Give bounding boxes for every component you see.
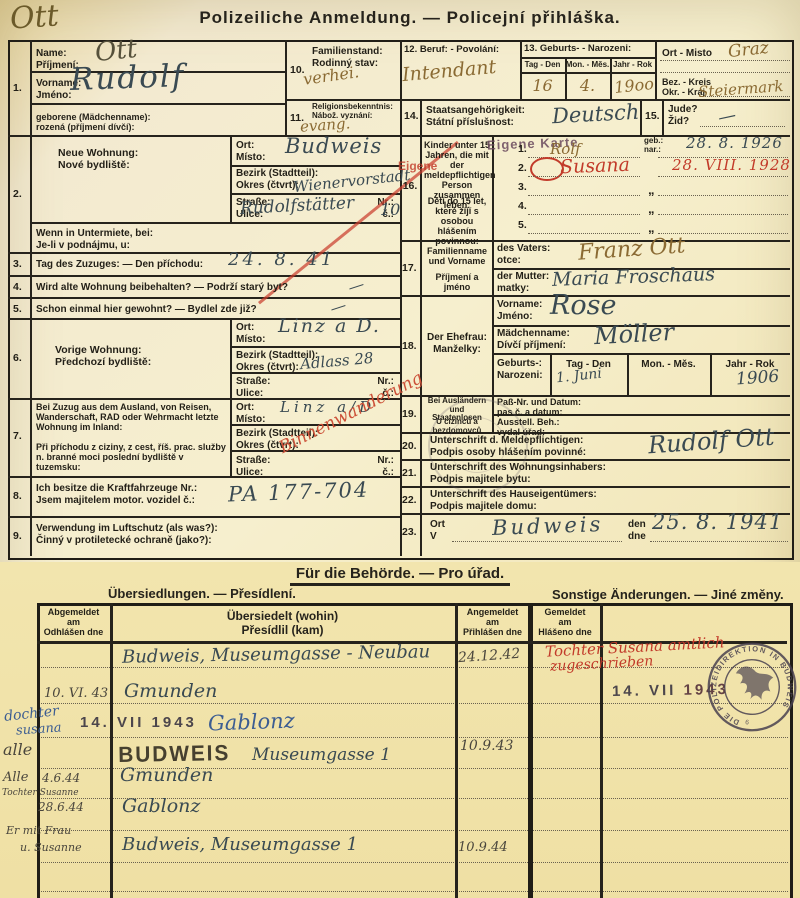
move-row-date-deregistered: 4.6.44 xyxy=(42,771,80,785)
sec22-number: 22. xyxy=(402,494,417,506)
sec17-vater-label: des Vaters:otce: xyxy=(497,243,550,266)
ditto-mark: „ xyxy=(648,222,655,234)
move-row-destination: Gmunden xyxy=(124,680,217,702)
ditto-mark: „ xyxy=(648,184,655,196)
sec8-value: PA 177-704 xyxy=(228,478,370,507)
sec18-maedchenname-label: Mädchenname:Dívčí příjmení: xyxy=(497,328,570,351)
sec23-ort-value: Budweis xyxy=(492,512,604,540)
sec13-mid-line xyxy=(660,58,790,73)
sec2-label: Neue Wohnung:Nové bydliště: xyxy=(58,148,138,171)
move-row-destination: Gablonz xyxy=(122,795,200,817)
margin-note-alle: alle xyxy=(3,740,32,759)
sec15-label: Jude?Žid? xyxy=(668,104,697,127)
sec12-label: 12. Beruf: - Povolání: xyxy=(404,44,499,56)
sec6-ort-value: Linz a D. xyxy=(278,315,381,337)
margin-note-u-susanne: u. Susanne xyxy=(20,841,82,854)
sec22-label: Unterschrift des Hauseigentümers:Podpis … xyxy=(430,489,597,512)
margin-note-er-mit-frau: Er mit Frau xyxy=(6,824,71,837)
sec7-ort-label: Ort:Místo: xyxy=(236,402,265,425)
sec23-date-value: 25. 8. 1941 xyxy=(652,510,783,534)
move-row-date-deregistered: 10. VI. 43 xyxy=(44,686,108,701)
sec14-label: Staatsangehörigkeit:Státní příslušnost: xyxy=(426,105,525,128)
move-row-destination: Gablonz xyxy=(208,708,295,735)
sec16-label-cz: Děti do 15 let, které žijí s osobou hláš… xyxy=(424,196,490,246)
move-row-destination: Budweis, Museumgasse 1 xyxy=(122,834,358,855)
margin-note-alle2: Alle xyxy=(3,770,28,785)
child-row-number: 5. xyxy=(518,219,527,231)
sec19-number: 19. xyxy=(402,408,417,420)
sec7-label-de: Bei Zuzug aus dem Ausland, von Reisen, W… xyxy=(36,402,226,432)
sec7-nr-label: Nr.:č.: xyxy=(368,455,394,478)
sec21-number: 21. xyxy=(402,467,417,479)
sec9-number: 9. xyxy=(13,530,22,542)
dotted xyxy=(528,219,640,234)
child-row-number: 3. xyxy=(518,181,527,193)
sec13-jahr-header: Jahr - Rok xyxy=(610,61,655,70)
sec18-maedchenname-value: Möller xyxy=(593,318,674,350)
behoerde-heading: Für die Behörde. — Pro úřad. xyxy=(250,565,550,586)
margin-note-susana: susana xyxy=(16,720,63,738)
corner-note-surname: Ott xyxy=(9,0,60,37)
sec15-line xyxy=(700,112,785,127)
dotted xyxy=(658,219,788,234)
move-row-date-registered: 10.9.44 xyxy=(458,840,508,855)
sec3-label: Tag des Zuzuges: — Den příchodu: xyxy=(36,259,203,271)
sec4-label: Wird alte Wohnung beibehalten? — Podrží … xyxy=(36,282,288,294)
sec8-label: Ich besitze die Kraftfahrzeuge Nr.:Jsem … xyxy=(36,483,197,506)
sec7-label-cz: Při příchodu z ciziny, z cest, říš. prac… xyxy=(36,442,226,472)
sec2-ort-label: Ort:Místo: xyxy=(236,140,265,163)
sec3-number: 3. xyxy=(13,258,22,270)
sec3-value: 24. 8. 41 xyxy=(228,249,335,270)
child-row-number: 2. xyxy=(518,162,527,174)
dotted xyxy=(658,162,788,177)
sec14-number: 14. xyxy=(404,110,419,122)
col-uebersiedelt-header: Übersiedelt (wohin) Přesídlil (kam) xyxy=(112,609,453,637)
sec18-mon-header: Mon. - Měs. xyxy=(627,359,710,371)
move-row-date-registered: 10.9.43 xyxy=(460,738,513,754)
sec13-label: 13. Geburts- - Narozeni: xyxy=(524,43,631,55)
uebersiedlungen-caption: Übersiedlungen. — Přesídlení. xyxy=(108,586,296,601)
col-gemeldet-header: Gemeldet am Hlášeno dne xyxy=(532,607,598,637)
sec13-tag-header: Tag - Den xyxy=(520,61,565,70)
dotted xyxy=(528,181,640,196)
sec2-number: 2. xyxy=(13,188,22,200)
dotted xyxy=(528,162,640,177)
sec18-number: 18. xyxy=(402,340,417,352)
sec1-number: 1. xyxy=(13,82,22,94)
sec18-jahr-value: 1906 xyxy=(735,367,780,390)
sec13-mon-value: 4. xyxy=(565,76,610,95)
sec4-number: 4. xyxy=(13,281,22,293)
sec17-mutter-label: der Mutter:matky: xyxy=(497,271,549,294)
sec13-mon-header: Mon. - Měs. xyxy=(565,61,610,70)
scanned-registration-card: Ott Polizeiliche Anmeldung. — Policejní … xyxy=(0,0,800,898)
sec11-value: evang. xyxy=(299,114,350,135)
sec15-number: 15. xyxy=(645,110,660,122)
sec23-ort-label: OrtV xyxy=(430,519,445,542)
dotted xyxy=(528,200,640,215)
police-seal: DIE POLIZEIDIREKTION IN BUDWEIS 6 xyxy=(699,634,800,740)
sec20-number: 20. xyxy=(402,440,417,452)
sec2-untermiete-label: Wenn in Untermiete, bei:Je-li v podnájmu… xyxy=(36,228,153,251)
dotted xyxy=(658,181,788,196)
margin-note-tochter-susanne: Tochter Susanne xyxy=(2,788,79,798)
move-row-destination: Museumgasse 1 xyxy=(252,745,391,765)
aenderungen-caption: Sonstige Änderungen. — Jiné změny. xyxy=(552,587,784,602)
col-angemeldet-header: Angemeldet am Přihlášen dne xyxy=(457,607,528,637)
eigene-karte-stamp-red: Eigene Karte xyxy=(398,159,438,173)
sec6-number: 6. xyxy=(13,352,22,364)
sec9-label: Verwendung im Luftschutz (als was?):Činn… xyxy=(36,523,218,546)
sec5-number: 5. xyxy=(13,303,22,315)
sec8-number: 8. xyxy=(13,490,22,502)
child-row-number: 1. xyxy=(518,143,527,155)
sec18-geburts-label: Geburts-:Narozeni: xyxy=(497,358,543,381)
sec13-tag-value: 16 xyxy=(520,76,565,95)
sec6-label: Vorige Wohnung:Předchozí bydliště: xyxy=(55,345,151,368)
sec6-strasse-label: Straße:Ulice: xyxy=(236,376,270,399)
sec23-number: 23. xyxy=(402,526,417,538)
sec5-label: Schon einmal hier gewohnt? — Bydlel zde … xyxy=(36,304,257,316)
dotted xyxy=(658,200,788,215)
col-abgemeldet-header: Abgemeldet am Odhlášen dne xyxy=(39,607,108,637)
sec21-label: Unterschrift des Wohnungsinhabers:Podpis… xyxy=(430,462,606,485)
sec7-number: 7. xyxy=(13,430,22,442)
form-title: Polizeiliche Anmeldung. — Policejní přih… xyxy=(110,8,710,28)
move-row-date-deregistered: 28.6.44 xyxy=(38,800,84,814)
svg-text:6: 6 xyxy=(745,719,750,726)
sec6-ort-label: Ort:Místo: xyxy=(236,322,265,345)
ditto-mark: „ xyxy=(648,203,655,215)
sec2-ort-value: Budweis xyxy=(285,134,382,158)
sec1-geborene-label: geborene (Mädchenname):rozená (příjmení … xyxy=(36,112,151,132)
sec18-vorname-value: Rose xyxy=(550,290,616,321)
sec1-vorname-value: Rudolf xyxy=(69,58,185,98)
sec17-number: 17. xyxy=(402,262,417,274)
sec23-den-label: dendne xyxy=(628,519,646,542)
sec7-strasse-label: Straße:Ulice: xyxy=(236,455,270,478)
sec16-number: 16. xyxy=(400,180,420,192)
sec14-value: Deutsch xyxy=(551,100,639,129)
sec18-label: Der Ehefrau:Manželky: xyxy=(424,332,490,355)
date-stamp: 14. VII 1943 xyxy=(80,714,197,731)
move-row-destination: Gmunden xyxy=(120,764,213,786)
sec20-label: Unterschrift d. Meldepflichtigen:Podpis … xyxy=(430,435,586,458)
sec18-vorname-label: Vorname:Jméno: xyxy=(497,299,542,322)
sec17-label-cz: Příjmení a jméno xyxy=(424,272,490,292)
child-row-number: 4. xyxy=(518,200,527,212)
sec17-label-de: Familienname und Vorname xyxy=(424,246,490,266)
